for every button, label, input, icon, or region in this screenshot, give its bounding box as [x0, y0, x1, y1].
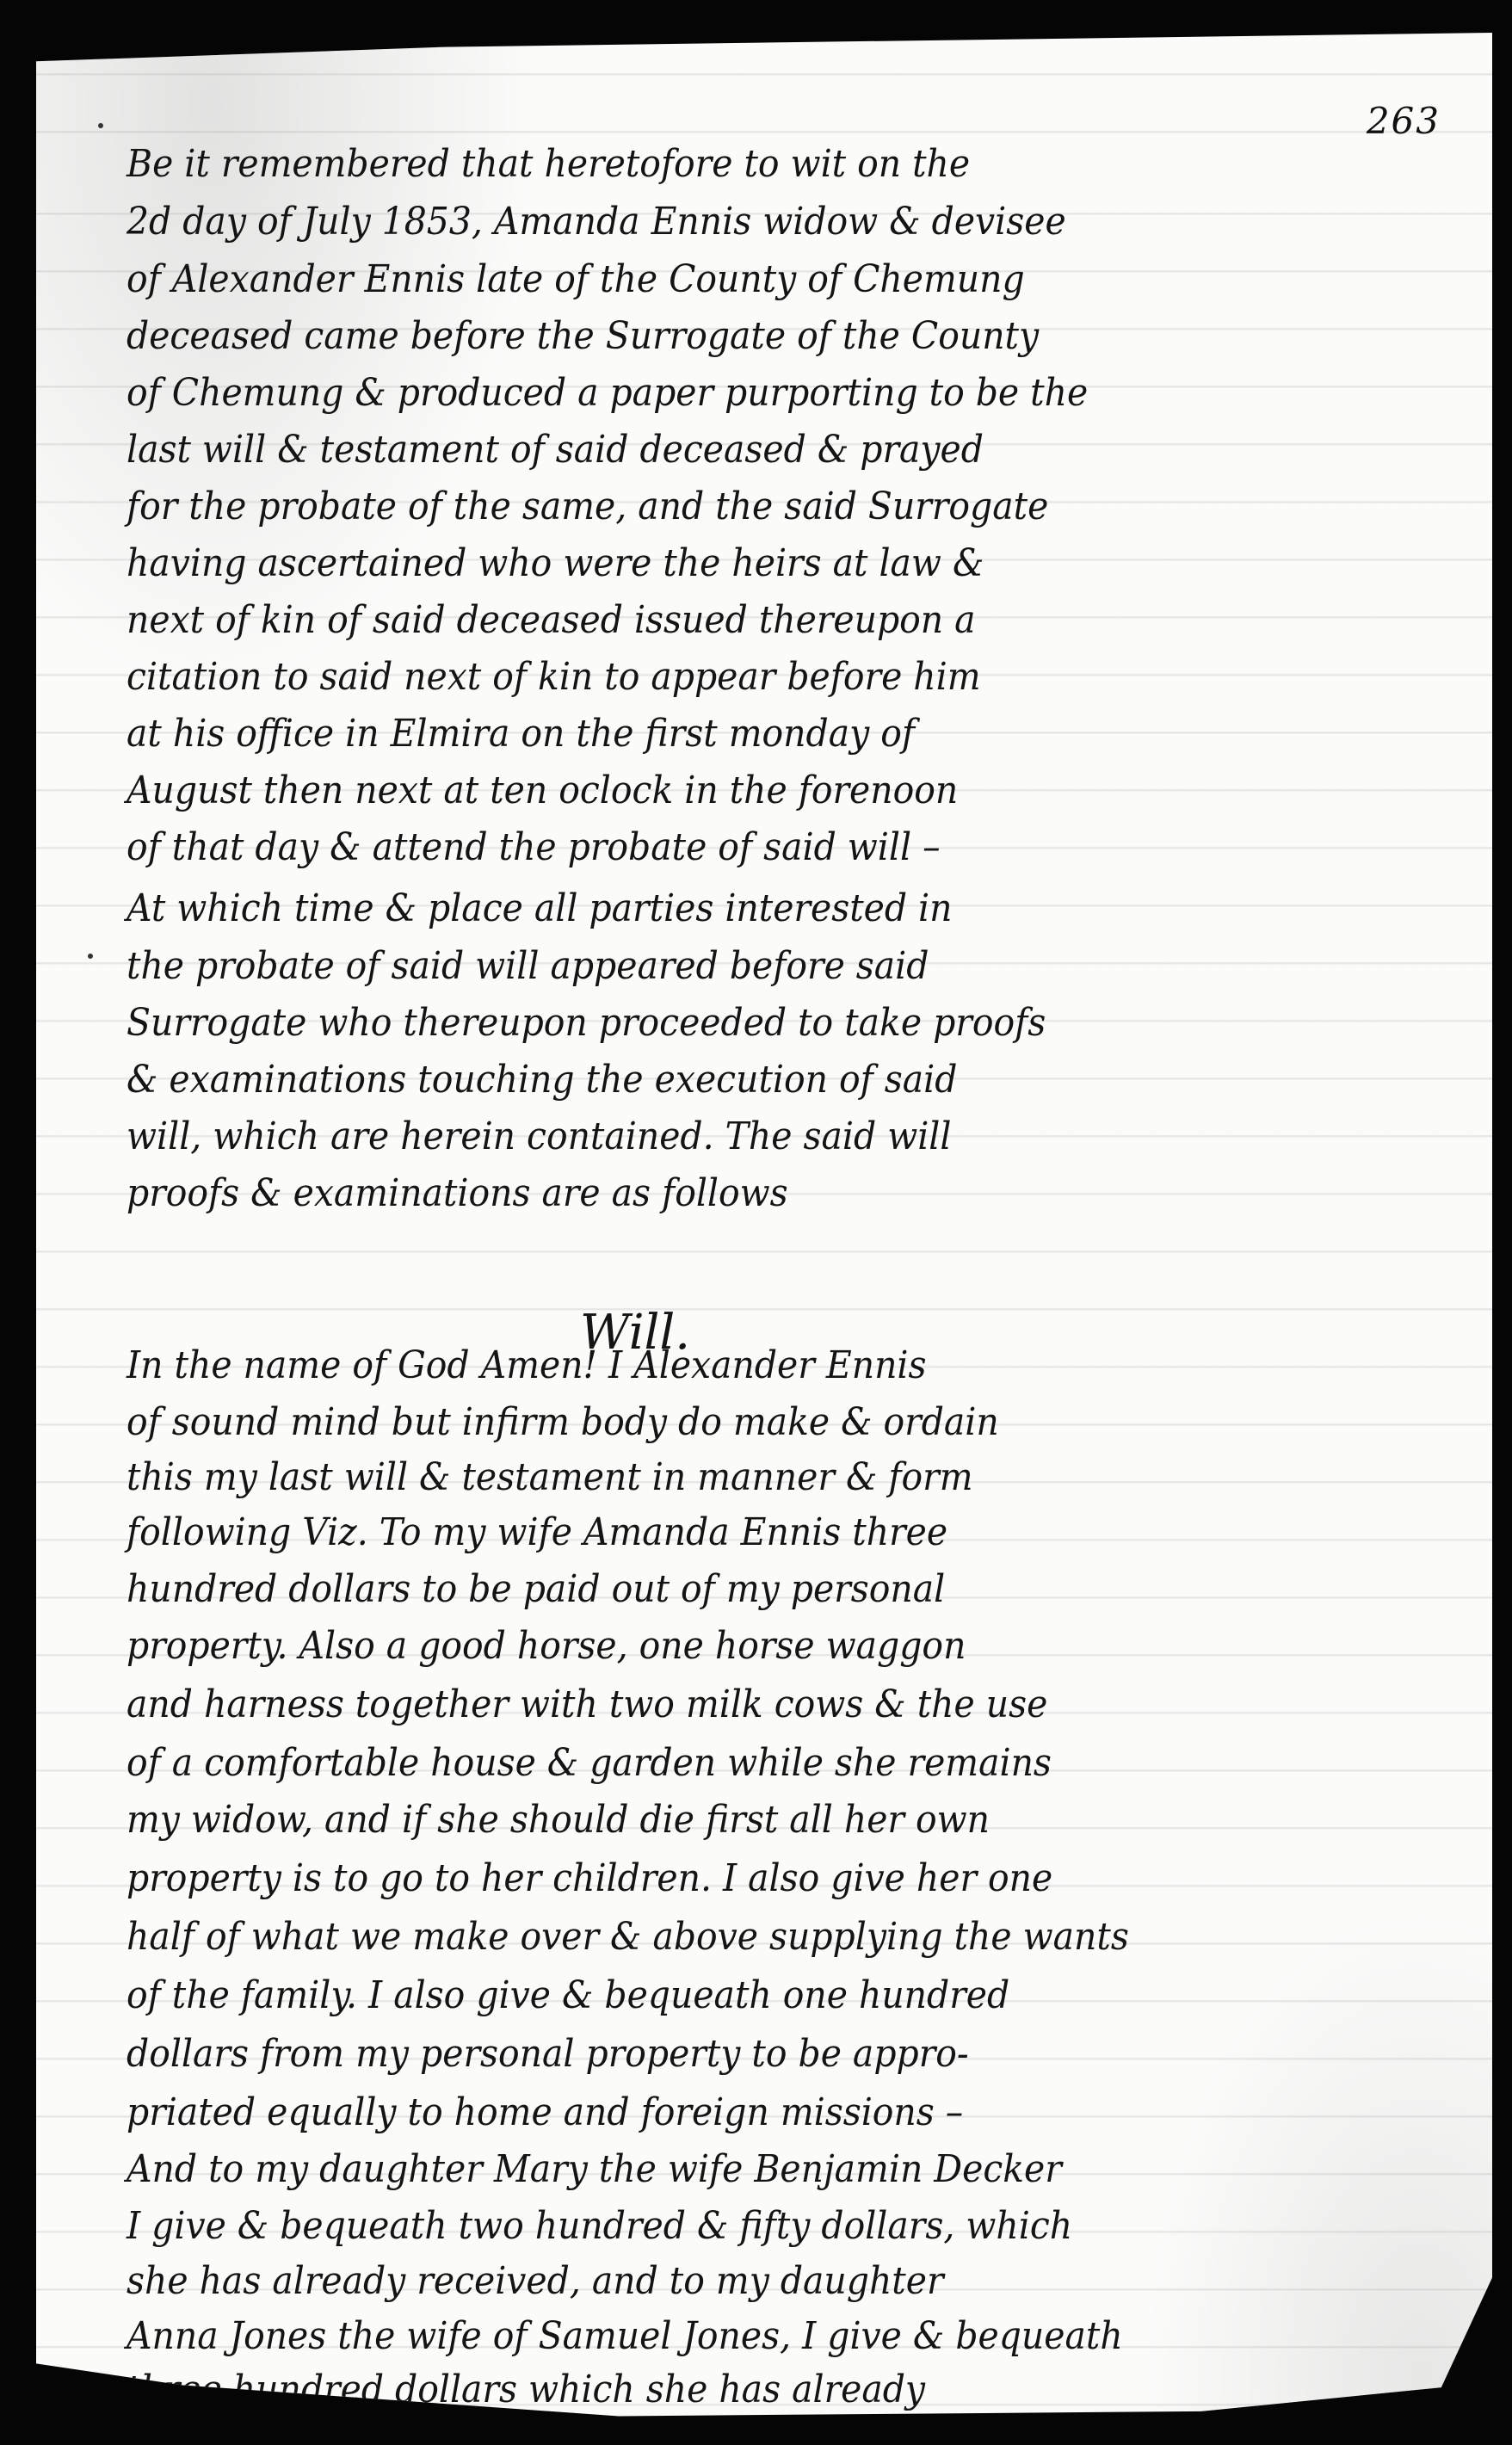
text-line: of the family. I also give & bequeath on… — [127, 1967, 1009, 2024]
text-line: of sound mind but infirm body do make & … — [127, 1394, 999, 1451]
text-line: having ascertained who were the heirs at… — [127, 535, 984, 592]
text-line: and harness together with two milk cows … — [127, 1676, 1047, 1733]
text-line: this my last will & testament in manner … — [127, 1449, 973, 1506]
text-line: following Viz. To my wife Amanda Ennis t… — [127, 1504, 947, 1561]
text-line: she has already received, and to my daug… — [127, 2253, 944, 2310]
text-line: of a comfortable house & garden while sh… — [127, 1735, 1052, 1792]
text-line: Anna Jones the wife of Samuel Jones, I g… — [127, 2308, 1123, 2365]
text-line: for the probate of the same, and the sai… — [127, 479, 1048, 535]
text-line: priated equally to home and foreign miss… — [127, 2084, 963, 2141]
text-line: last will & testament of said deceased &… — [127, 422, 984, 479]
text-line: In the name of God Amen! I Alexander Enn… — [127, 1337, 927, 1394]
text-line: property is to go to her children. I als… — [127, 1850, 1052, 1907]
text-line: At which time & place all parties intere… — [127, 880, 953, 937]
text-line: August then next at ten oclock in the fo… — [127, 763, 958, 819]
document-page: 263 Be it remembered that heretofore to … — [36, 33, 1492, 2421]
text-line: Surrogate who thereupon proceeded to tak… — [127, 995, 1046, 1052]
text-line: hundred dollars to be paid out of my per… — [127, 1561, 945, 1618]
text-line: of Alexander Ennis late of the County of… — [127, 251, 1025, 308]
text-line: will, which are herein contained. The sa… — [127, 1108, 951, 1165]
text-line: citation to said next of kin to appear b… — [127, 649, 981, 706]
text-line: next of kin of said deceased issued ther… — [127, 592, 976, 649]
text-line: proofs & examinations are as follows — [127, 1165, 788, 1222]
text-line: half of what we make over & above supply… — [127, 1909, 1129, 1966]
text-line: of Chemung & produced a paper purporting… — [127, 365, 1088, 422]
ink-spot — [98, 123, 103, 128]
text-line: property. Also a good horse, one horse w… — [127, 1618, 966, 1675]
text-line: at his office in Elmira on the first mon… — [127, 706, 915, 763]
text-line: & examinations touching the execution of… — [127, 1052, 957, 1108]
text-line: And to my daughter Mary the wife Benjami… — [127, 2141, 1062, 2198]
text-line: my widow, and if she should die first al… — [127, 1792, 990, 1849]
ink-spot — [88, 954, 93, 959]
text-line: of that day & attend the probate of said… — [127, 819, 941, 876]
page-number: 263 — [1367, 100, 1441, 142]
text-line: I give & bequeath two hundred & fifty do… — [127, 2198, 1072, 2255]
text-line: the probate of said will appeared before… — [127, 938, 929, 995]
text-line: 2d day of July 1853, Amanda Ennis widow … — [127, 194, 1066, 250]
text-line: deceased came before the Surrogate of th… — [127, 308, 1039, 365]
text-line: Be it remembered that heretofore to wit … — [127, 136, 970, 193]
text-line: dollars from my personal property to be … — [127, 2026, 969, 2083]
